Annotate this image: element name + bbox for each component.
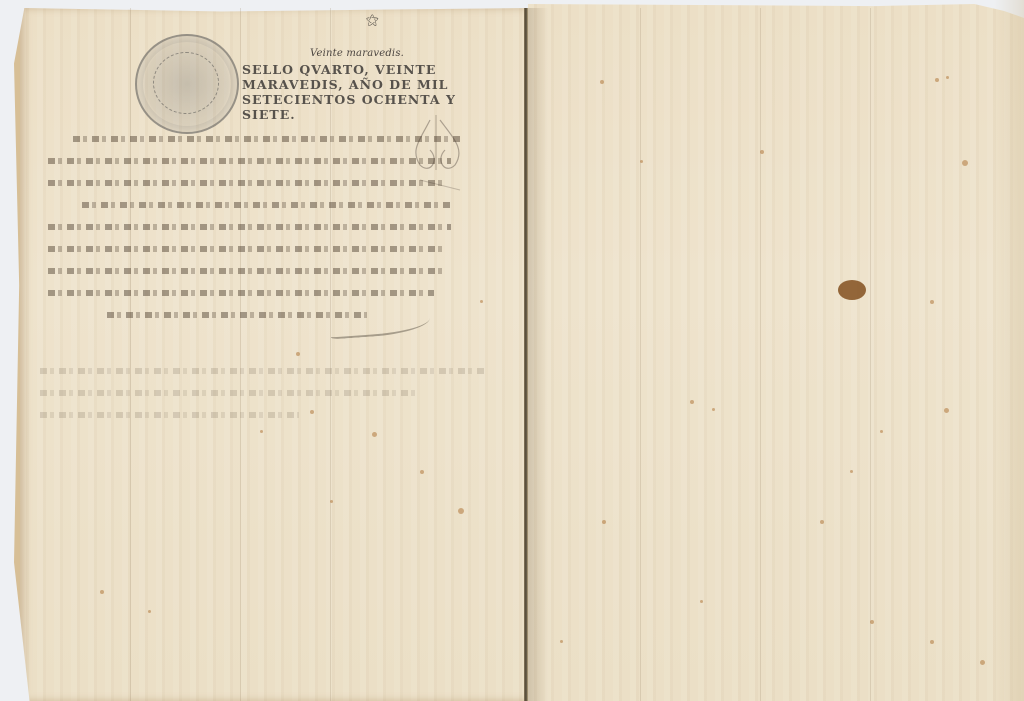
stain xyxy=(838,280,866,300)
seal-stamp-icon xyxy=(135,34,239,134)
header-line: SETECIENTOS OCHENTA Y xyxy=(242,92,456,107)
stamp-value-label: Veinte maravedis. xyxy=(310,48,404,59)
header-line: SELLO QVARTO, VEINTE xyxy=(242,62,456,77)
document-scan: ⚝ Veinte maravedis. SELLO QVARTO, VEINTE… xyxy=(0,0,1024,701)
top-mark-icon: ⚝ xyxy=(366,13,379,28)
header-line: MARAVEDIS, AÑO DE MIL xyxy=(242,77,456,92)
manuscript-text xyxy=(48,128,468,326)
right-page xyxy=(528,4,1024,701)
faint-bleed-text xyxy=(40,360,510,426)
